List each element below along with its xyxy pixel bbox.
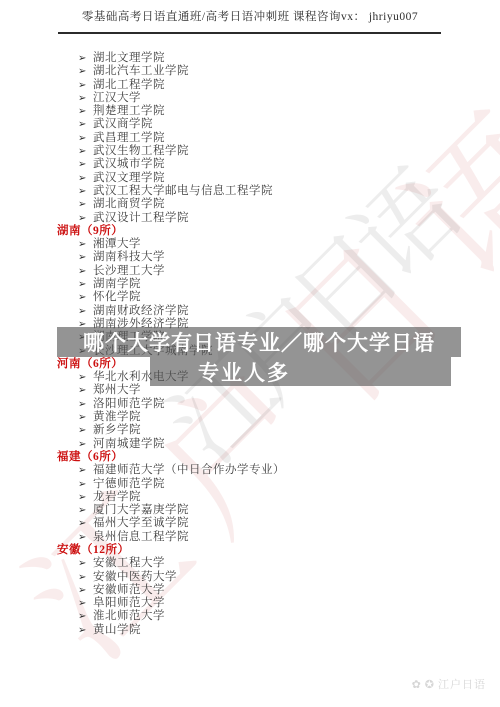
course-ad-header: 零基础高考日语直通班/高考日语冲刺班 课程咨询vx： jhriyu007 <box>0 8 500 24</box>
document-page: 江户日语 江 户 日 语 零基础高考日语直通班/高考日语冲刺班 课程咨询vx： … <box>0 0 500 707</box>
university-list-item: ➢黄山学院 <box>0 624 500 637</box>
university-name: 怀化学院 <box>93 291 141 304</box>
arrow-bullet-icon: ➢ <box>78 597 93 610</box>
university-name: 武昌理工学院 <box>93 132 165 145</box>
university-list-item: ➢武汉商学院 <box>0 118 500 131</box>
arrow-bullet-icon: ➢ <box>78 384 93 397</box>
university-name: 福州大学至诚学院 <box>93 517 189 530</box>
university-list-item: ➢长沙理工大学 <box>0 265 500 278</box>
university-name: 荆楚理工学院 <box>93 105 165 118</box>
university-list-item: ➢武汉设计工程学院 <box>0 212 500 225</box>
arrow-bullet-icon: ➢ <box>78 172 93 185</box>
university-name: 黄淮学院 <box>93 411 141 424</box>
arrow-bullet-icon: ➢ <box>78 411 93 424</box>
university-name: 湖南财政经济学院 <box>93 305 189 318</box>
arrow-bullet-icon: ➢ <box>78 185 93 198</box>
flower-icon: ✿ <box>412 678 422 691</box>
university-name: 湖南学院 <box>93 278 141 291</box>
university-list-item: ➢武汉生物工程学院 <box>0 145 500 158</box>
university-list-item: ➢武汉城市学院 <box>0 158 500 171</box>
province-section-header: 安徽（12所） <box>57 544 500 557</box>
arrow-bullet-icon: ➢ <box>78 424 93 437</box>
university-name: 湖北汽车工业学院 <box>93 65 189 78</box>
arrow-bullet-icon: ➢ <box>78 624 93 637</box>
university-list-item: ➢福州大学至诚学院 <box>0 517 500 530</box>
arrow-bullet-icon: ➢ <box>78 610 93 623</box>
university-name: 武汉工程大学邮电与信息工程学院 <box>93 185 273 198</box>
university-list-item: ➢厦门大学嘉庚学院 <box>0 504 500 517</box>
caption-overlay-line1: 哪个大学有日语专业／哪个大学日语 <box>57 327 461 357</box>
university-name: 武汉商学院 <box>93 118 153 131</box>
arrow-bullet-icon: ➢ <box>78 251 93 264</box>
university-list-item: ➢新乡学院 <box>0 424 500 437</box>
arrow-bullet-icon: ➢ <box>78 265 93 278</box>
university-name: 江汉大学 <box>93 92 141 105</box>
arrow-bullet-icon: ➢ <box>78 371 93 384</box>
university-name: 安徽师范大学 <box>93 584 165 597</box>
university-name: 长沙理工大学 <box>93 265 165 278</box>
university-name: 河南城建学院 <box>93 438 165 451</box>
university-name: 阜阳师范大学 <box>93 597 165 610</box>
university-list-item: ➢淮北师范大学 <box>0 610 500 623</box>
province-section-header: 湖南（9所） <box>57 225 500 238</box>
arrow-bullet-icon: ➢ <box>78 238 93 251</box>
arrow-bullet-icon: ➢ <box>78 291 93 304</box>
university-name: 湘潭大学 <box>93 238 141 251</box>
university-list-item: ➢武汉文理学院 <box>0 172 500 185</box>
arrow-bullet-icon: ➢ <box>78 132 93 145</box>
university-list-item: ➢安徽师范大学 <box>0 584 500 597</box>
university-list-item: ➢湖北商贸学院 <box>0 198 500 211</box>
university-name: 郑州大学 <box>93 384 141 397</box>
arrow-bullet-icon: ➢ <box>78 198 93 211</box>
arrow-bullet-icon: ➢ <box>78 305 93 318</box>
university-list-item: ➢湖南学院 <box>0 278 500 291</box>
university-name: 淮北师范大学 <box>93 610 165 623</box>
university-list-item: ➢湖南科技大学 <box>0 251 500 264</box>
university-name: 湖北文理学院 <box>93 52 165 65</box>
arrow-bullet-icon: ➢ <box>78 79 93 92</box>
arrow-bullet-icon: ➢ <box>78 464 93 477</box>
arrow-bullet-icon: ➢ <box>78 557 93 570</box>
arrow-bullet-icon: ➢ <box>78 531 93 544</box>
university-list-item: ➢湖北汽车工业学院 <box>0 65 500 78</box>
header-divider <box>58 32 441 34</box>
university-name: 武汉城市学院 <box>93 158 165 171</box>
university-name: 福建师范大学（中日合作办学专业） <box>93 464 285 477</box>
watermark-badge-label: 江户日语 <box>438 676 486 692</box>
university-list-item: ➢湖北工程学院 <box>0 79 500 92</box>
arrow-bullet-icon: ➢ <box>78 584 93 597</box>
university-list-item: ➢江汉大学 <box>0 92 500 105</box>
arrow-bullet-icon: ➢ <box>78 92 93 105</box>
arrow-bullet-icon: ➢ <box>78 571 93 584</box>
university-name: 厦门大学嘉庚学院 <box>93 504 189 517</box>
arrow-bullet-icon: ➢ <box>78 105 93 118</box>
watermark-badge: ✿ ✪ 江户日语 <box>412 676 486 692</box>
university-list-item: ➢洛阳师范学院 <box>0 398 500 411</box>
university-list-item: ➢武汉工程大学邮电与信息工程学院 <box>0 185 500 198</box>
university-name: 黄山学院 <box>93 624 141 637</box>
arrow-bullet-icon: ➢ <box>78 478 93 491</box>
arrow-bullet-icon: ➢ <box>78 438 93 451</box>
university-name: 武汉设计工程学院 <box>93 212 189 225</box>
university-name: 泉州信息工程学院 <box>93 531 189 544</box>
university-list-item: ➢福建师范大学（中日合作办学专业） <box>0 464 500 477</box>
arrow-bullet-icon: ➢ <box>78 212 93 225</box>
arrow-bullet-icon: ➢ <box>78 398 93 411</box>
university-list-item: ➢泉州信息工程学院 <box>0 531 500 544</box>
university-name: 龙岩学院 <box>93 491 141 504</box>
university-list-item: ➢湖北文理学院 <box>0 52 500 65</box>
university-name: 湖南科技大学 <box>93 251 165 264</box>
university-list-item: ➢荆楚理工学院 <box>0 105 500 118</box>
university-list-item: ➢湖南财政经济学院 <box>0 305 500 318</box>
arrow-bullet-icon: ➢ <box>78 278 93 291</box>
university-list-item: ➢武昌理工学院 <box>0 132 500 145</box>
arrow-bullet-icon: ➢ <box>78 504 93 517</box>
caption-overlay-line2: 专业人多 <box>150 357 451 386</box>
university-list-item: ➢湘潭大学 <box>0 238 500 251</box>
arrow-bullet-icon: ➢ <box>78 158 93 171</box>
university-list-item: ➢安徽工程大学 <box>0 557 500 570</box>
arrow-bullet-icon: ➢ <box>78 145 93 158</box>
arrow-bullet-icon: ➢ <box>78 65 93 78</box>
university-name: 安徽中医药大学 <box>93 571 177 584</box>
arrow-bullet-icon: ➢ <box>78 118 93 131</box>
university-name: 湖北工程学院 <box>93 79 165 92</box>
arrow-bullet-icon: ➢ <box>78 491 93 504</box>
university-name: 宁德师范学院 <box>93 478 165 491</box>
university-list-item: ➢怀化学院 <box>0 291 500 304</box>
university-name: 湖北商贸学院 <box>93 198 165 211</box>
arrow-bullet-icon: ➢ <box>78 517 93 530</box>
university-name: 武汉生物工程学院 <box>93 145 189 158</box>
arrow-bullet-icon: ➢ <box>78 52 93 65</box>
university-list-item: ➢宁德师范学院 <box>0 478 500 491</box>
university-list-item: ➢龙岩学院 <box>0 491 500 504</box>
star-circle-icon: ✪ <box>425 678 435 691</box>
province-section-header: 福建（6所） <box>57 451 500 464</box>
university-name: 新乡学院 <box>93 424 141 437</box>
university-name: 安徽工程大学 <box>93 557 165 570</box>
university-name: 洛阳师范学院 <box>93 398 165 411</box>
university-name: 武汉文理学院 <box>93 172 165 185</box>
university-list-item: ➢黄淮学院 <box>0 411 500 424</box>
university-list-item: ➢河南城建学院 <box>0 438 500 451</box>
university-list-item: ➢安徽中医药大学 <box>0 571 500 584</box>
university-list-item: ➢阜阳师范大学 <box>0 597 500 610</box>
